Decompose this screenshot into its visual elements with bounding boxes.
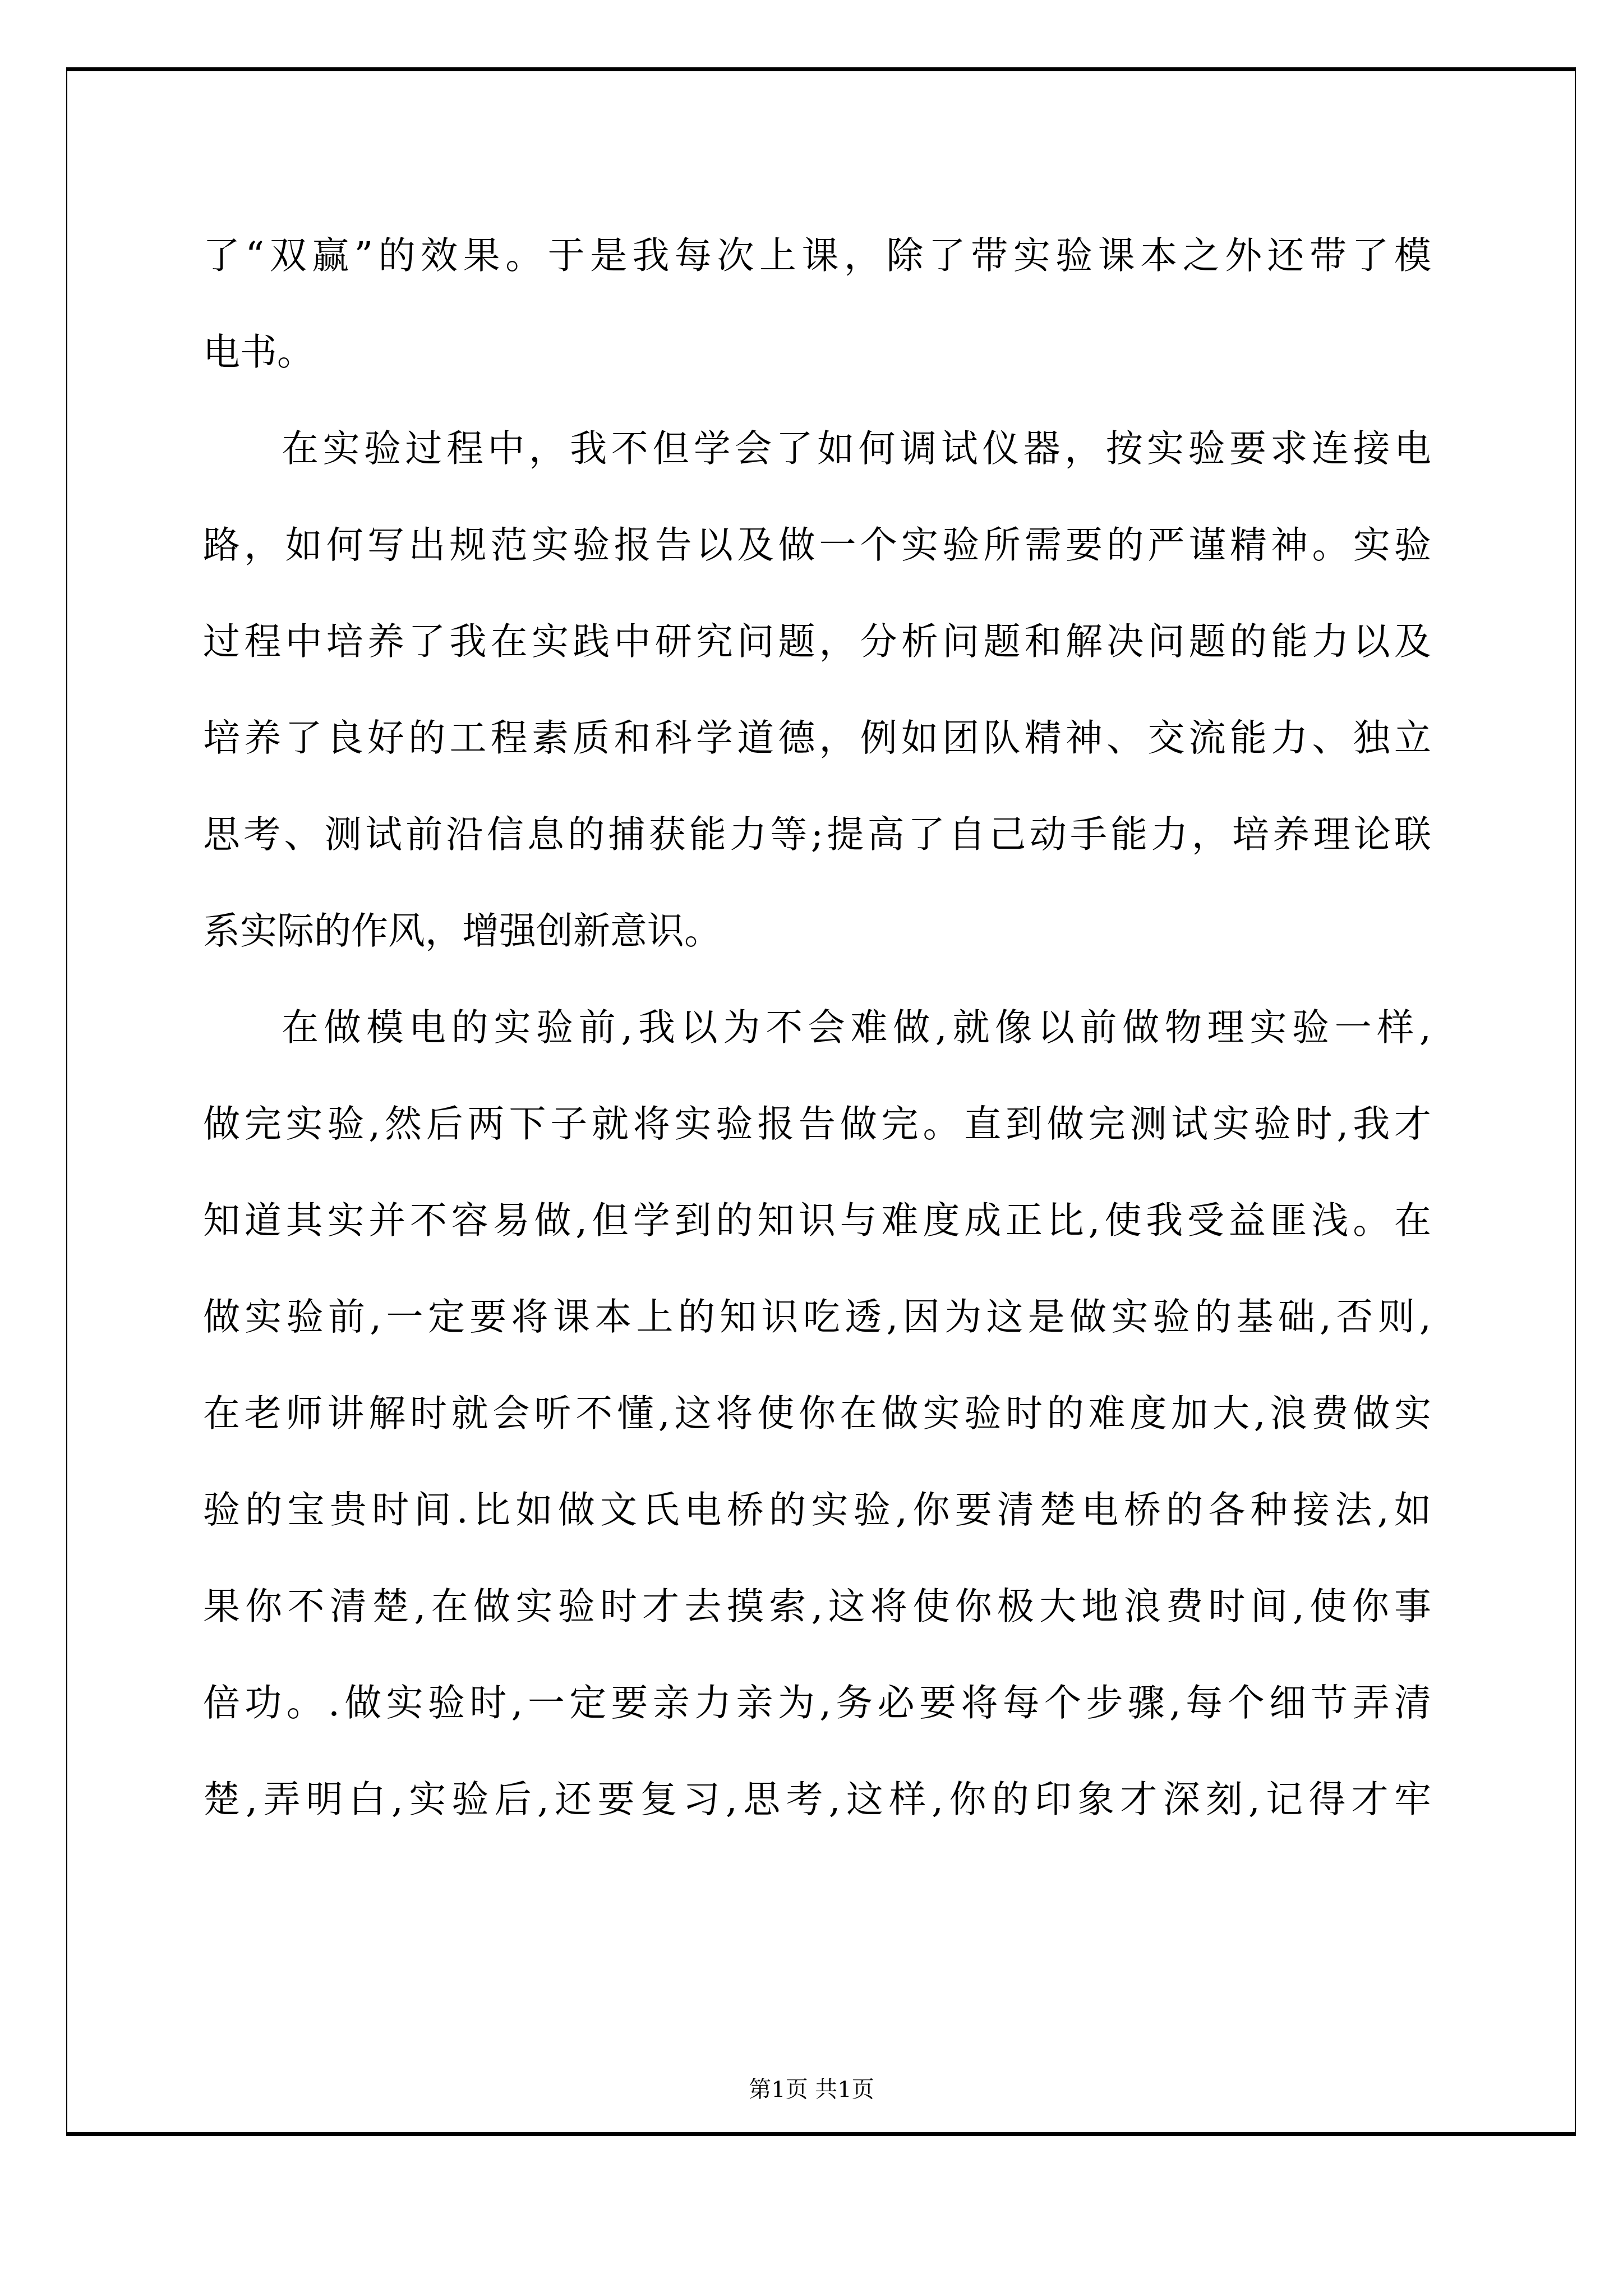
text-line: 系实际的作风，增强创新意识。 — [203, 883, 1431, 979]
page-footer: 第1页 共1页 — [0, 2076, 1623, 2104]
text-line: 培养了良好的工程素质和科学道德，例如团队精神、交流能力、独立 — [203, 690, 1431, 786]
text-line: 果你不清楚,在做实验时才去摸索,这将使你极大地浪费时间,使你事 — [203, 1558, 1431, 1655]
text-line: 在老师讲解时就会听不懂,这将使你在做实验时的难度加大,浪费做实 — [203, 1365, 1431, 1462]
text-line: 在做模电的实验前,我以为不会难做,就像以前做物理实验一样, — [203, 979, 1431, 1076]
text-line: 思考、测试前沿信息的捕获能力等;提高了自己动手能力，培养理论联 — [203, 786, 1431, 883]
text-line: 了“双赢”的效果。于是我每次上课，除了带实验课本之外还带了模 — [203, 208, 1431, 304]
document-body: 了“双赢”的效果。于是我每次上课，除了带实验课本之外还带了模 电书。 在实验过程… — [203, 208, 1431, 1848]
text-line: 楚,弄明白,实验后,还要复习,思考,这样,你的印象才深刻,记得才牢 — [203, 1751, 1431, 1848]
text-line: 过程中培养了我在实践中研究问题，分析问题和解决问题的能力以及 — [203, 593, 1431, 690]
text-line: 做完实验,然后两下子就将实验报告做完。直到做完测试实验时,我才 — [203, 1076, 1431, 1172]
text-line: 路，如何写出规范实验报告以及做一个实验所需要的严谨精神。实验 — [203, 497, 1431, 593]
text-line: 在实验过程中，我不但学会了如何调试仪器，按实验要求连接电 — [203, 401, 1431, 497]
text-line: 电书。 — [203, 304, 1431, 401]
text-line: 验的宝贵时间.比如做文氏电桥的实验,你要清楚电桥的各种接法,如 — [203, 1462, 1431, 1558]
text-line: 倍功。.做实验时,一定要亲力亲为,务必要将每个步骤,每个细节弄清 — [203, 1655, 1431, 1751]
text-line: 知道其实并不容易做,但学到的知识与难度成正比,使我受益匪浅。在 — [203, 1172, 1431, 1269]
text-line: 做实验前,一定要将课本上的知识吃透,因为这是做实验的基础,否则, — [203, 1269, 1431, 1365]
